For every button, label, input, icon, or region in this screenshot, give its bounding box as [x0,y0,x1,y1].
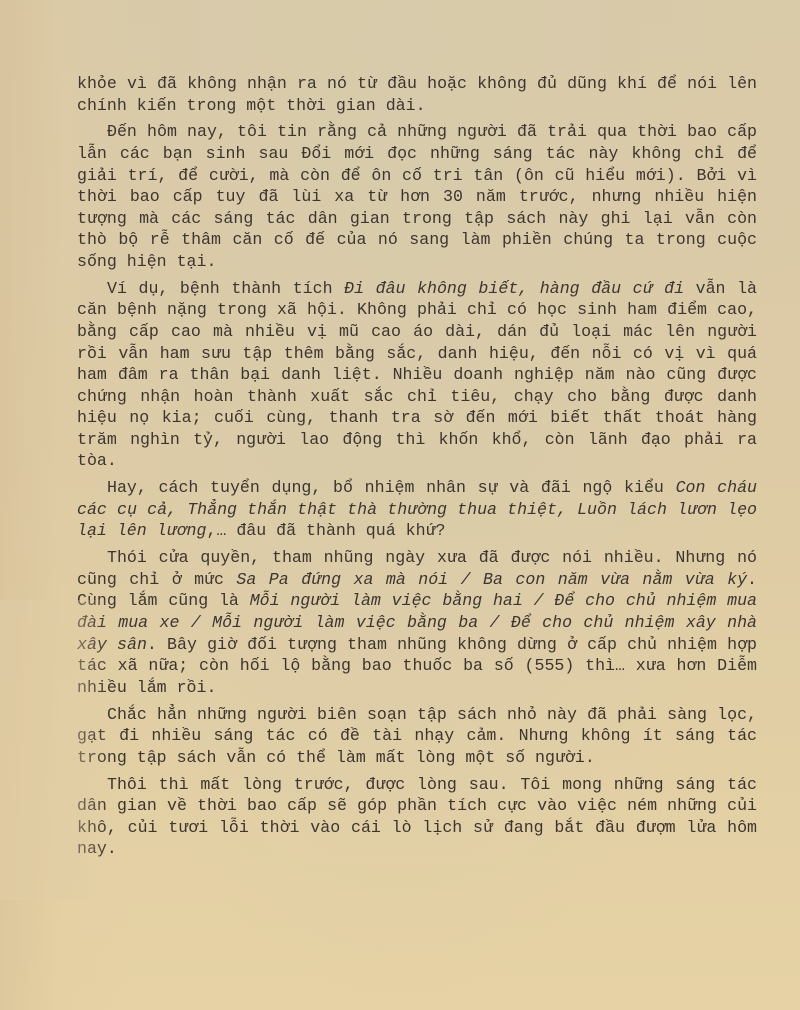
paragraph-text: . Bây giờ đối tượng tham nhũng không dừn… [77,635,757,697]
paragraph-text: Hay, cách tuyển dụng, bổ nhiệm nhân sự v… [107,478,676,497]
paragraph-text: Chắc hẳn những người biên soạn tập sách … [77,705,757,767]
paragraph-text: ,… đâu đã thành quá khứ? [206,521,445,540]
paragraph-4: Hay, cách tuyển dụng, bổ nhiệm nhân sự v… [77,477,757,542]
paragraph-2: Đến hôm nay, tôi tin rằng cả những người… [77,121,757,272]
paragraph-text: Ví dụ, bệnh thành tích [107,279,344,298]
paragraph-7: Thôi thì mất lòng trước, được lòng sau. … [77,774,757,860]
paragraph-5: Thói cửa quyền, tham nhũng ngày xưa đã đ… [77,547,757,698]
paragraph-text: khỏe vì đã không nhận ra nó từ đầu hoặc … [77,74,757,115]
paragraph-text: vẫn là căn bệnh nặng trong xã hội. Không… [77,279,757,471]
document-page: khỏe vì đã không nhận ra nó từ đầu hoặc … [77,73,757,865]
quoted-saying: Sa Pa đứng xa mà nói / Ba con năm vừa nằ… [236,570,747,589]
paragraph-1: khỏe vì đã không nhận ra nó từ đầu hoặc … [77,73,757,116]
paragraph-text: Đến hôm nay, tôi tin rằng cả những người… [77,122,757,271]
paragraph-6: Chắc hẳn những người biên soạn tập sách … [77,704,757,769]
paragraph-text: Thôi thì mất lòng trước, được lòng sau. … [77,775,757,859]
paragraph-3: Ví dụ, bệnh thành tích Đi đâu không biết… [77,278,757,472]
quoted-saying: Đi đâu không biết, hàng đầu cứ đi [344,279,684,298]
